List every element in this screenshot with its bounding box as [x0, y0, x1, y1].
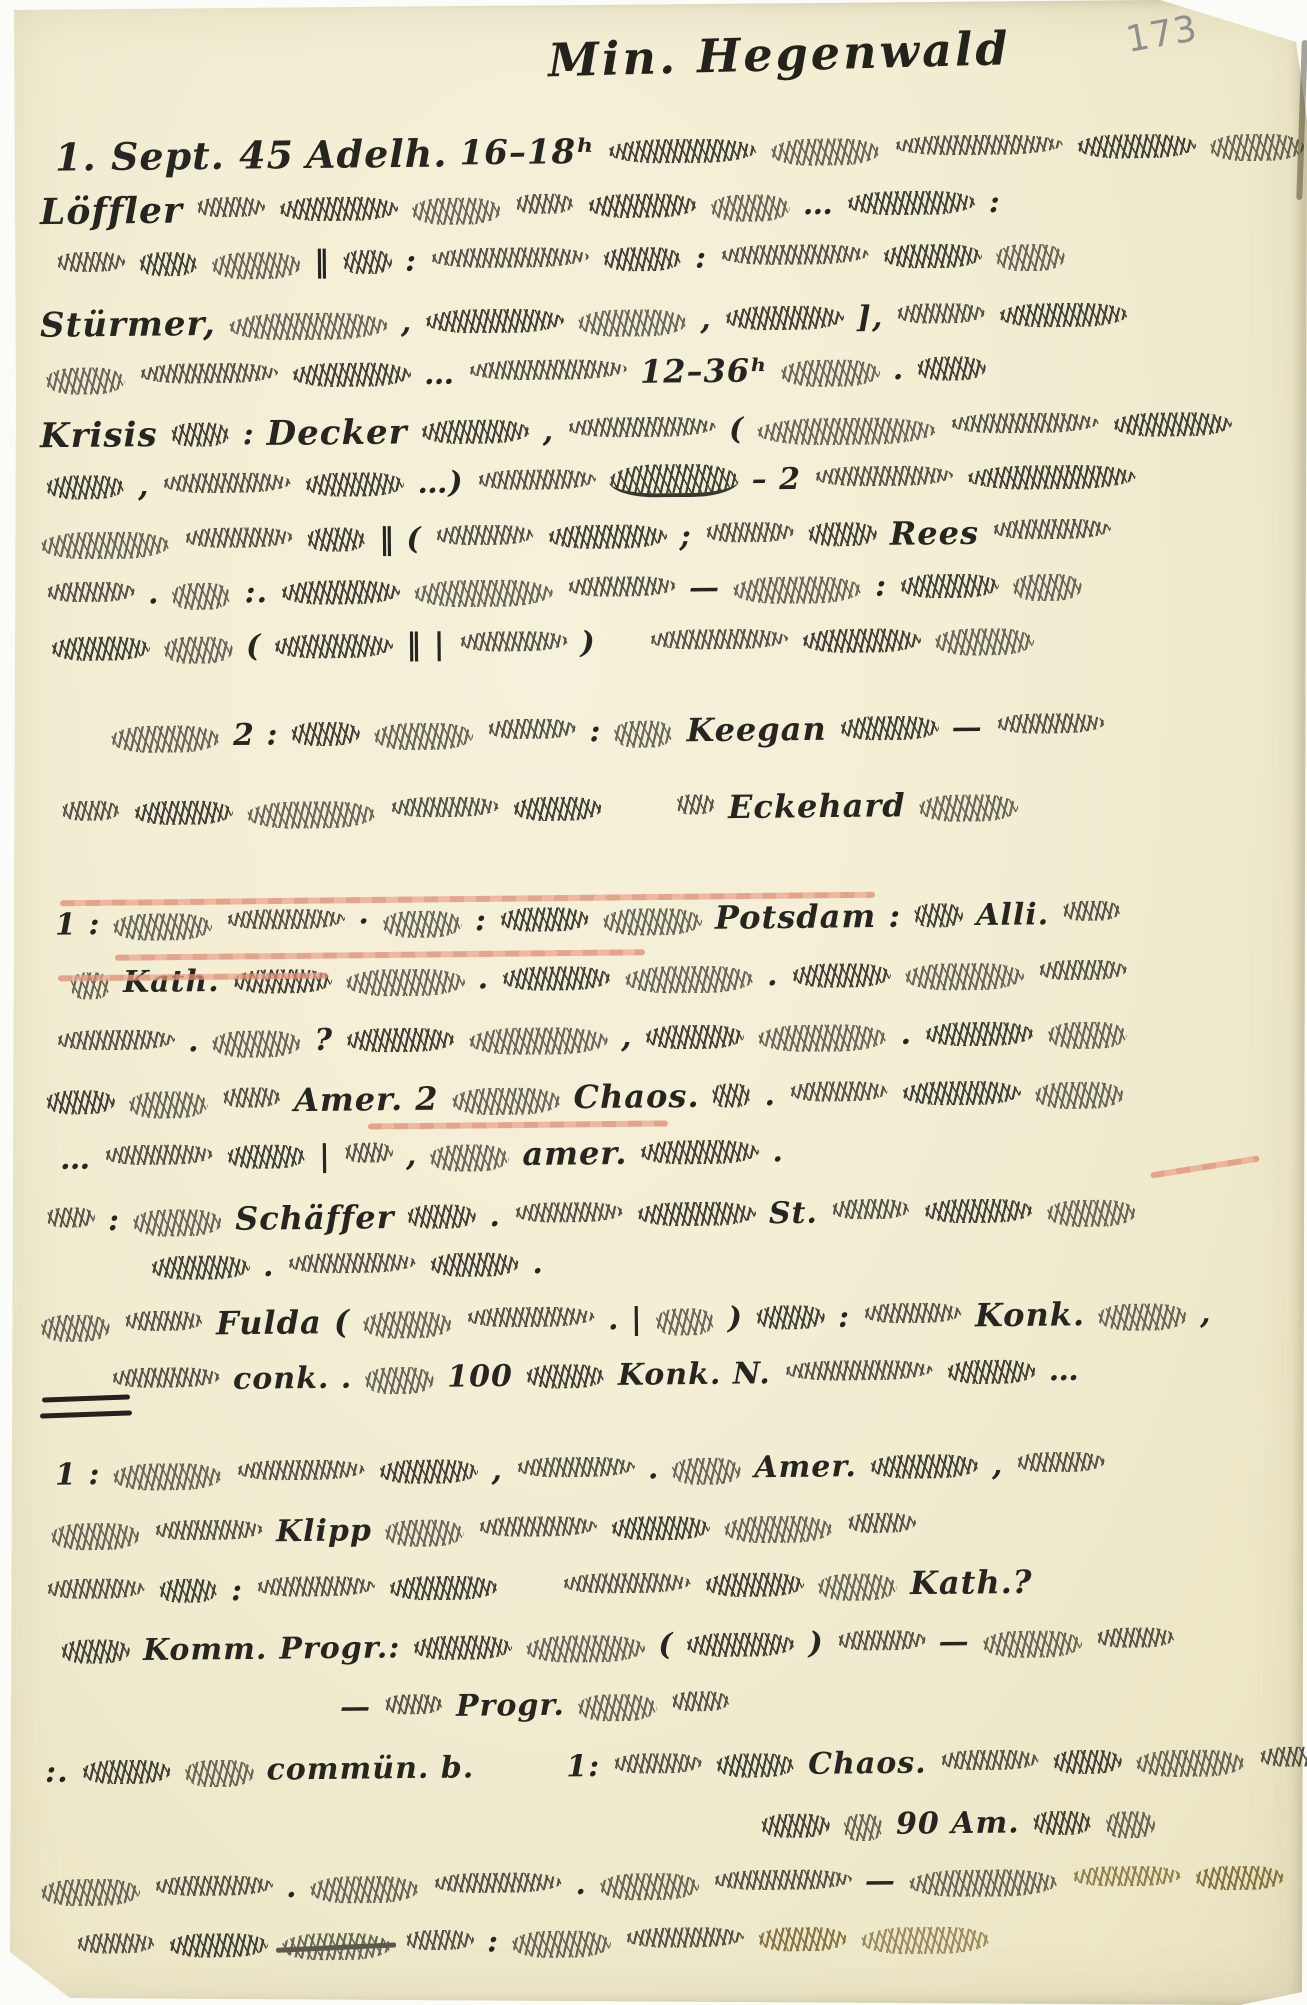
shorthand-scribble — [153, 1875, 273, 1896]
shorthand-scribble — [45, 367, 125, 395]
shorthand-scribble — [467, 359, 627, 381]
word-fragment: . — [286, 1870, 298, 1905]
shorthand-scribble — [514, 194, 574, 215]
word-fragment: : — [242, 417, 254, 452]
spacing-gap — [615, 808, 675, 809]
shorthand-scribble — [998, 302, 1128, 327]
shorthand-scribble — [982, 1630, 1082, 1658]
shorthand-scribble — [45, 1090, 115, 1115]
shorthand-scribble — [836, 1629, 926, 1650]
shorthand-scribble — [813, 465, 953, 486]
shorthand-scribble — [1097, 1303, 1187, 1331]
shorthand-scribble — [612, 1752, 702, 1773]
word-fragment: 1. Sept. 45 — [55, 132, 294, 180]
shorthand-scribble — [362, 1310, 452, 1338]
word-fragment: Progr. — [456, 1688, 565, 1724]
word-fragment: — — [938, 1624, 969, 1659]
shorthand-scribble — [608, 464, 738, 498]
shorthand-scribble — [670, 1691, 730, 1712]
word-fragment: …) — [417, 465, 464, 500]
shorthand-scribble — [624, 965, 754, 993]
shorthand-scribble — [566, 416, 716, 438]
shorthand-scribble — [939, 1749, 1039, 1770]
word-fragment: ‖ | — [406, 627, 446, 662]
shorthand-scribble — [843, 1814, 883, 1841]
shorthand-scribble — [235, 1459, 365, 1480]
shorthand-scribble — [704, 1572, 804, 1597]
shorthand-scribble — [923, 1198, 1033, 1223]
shorthand-scribble — [1209, 134, 1304, 162]
shorthand-scribble — [123, 1310, 203, 1331]
shorthand-scribble — [916, 356, 986, 381]
shorthand-scribble — [846, 1512, 916, 1533]
shorthand-scribble — [525, 1635, 645, 1663]
shorthand-scribble — [807, 522, 877, 547]
shorthand-scribble — [161, 472, 291, 493]
shorthand-scribble — [1047, 1021, 1127, 1049]
word-fragment: Decker — [266, 412, 407, 453]
shorthand-scribble — [183, 1760, 253, 1788]
shorthand-scribble — [306, 527, 366, 552]
manuscript-line: —Progr. — [340, 1686, 743, 1725]
shorthand-scribble — [171, 583, 231, 611]
word-fragment: : — [108, 1202, 120, 1237]
shorthand-scribble — [901, 1080, 1021, 1105]
word-fragment: — — [865, 1864, 896, 1899]
shorthand-scribble — [1036, 959, 1126, 980]
shorthand-scribble — [830, 1199, 910, 1220]
word-fragment: : — [838, 1299, 850, 1334]
shorthand-scribble — [345, 1027, 455, 1052]
shorthand-scribble — [817, 1573, 897, 1601]
shorthand-scribble — [995, 244, 1065, 272]
shorthand-scribble — [169, 422, 229, 447]
shorthand-scribble — [153, 1519, 263, 1540]
shorthand-scribble — [432, 1872, 562, 1893]
shorthand-scribble — [384, 1519, 464, 1547]
shorthand-scribble — [404, 1929, 474, 1950]
shorthand-scribble — [246, 800, 376, 828]
shorthand-scribble — [429, 246, 589, 268]
shorthand-scribble — [457, 630, 567, 651]
word-fragment: — — [340, 1690, 371, 1725]
word-fragment: 90 Am. — [896, 1805, 1020, 1841]
word-fragment: : — [589, 714, 601, 749]
shorthand-scribble — [383, 1694, 443, 1715]
word-fragment: , — [700, 301, 712, 336]
word-fragment: Konk. — [975, 1295, 1085, 1334]
word-fragment: : — [875, 569, 887, 604]
shorthand-scribble — [801, 628, 921, 653]
word-fragment: · — [358, 904, 370, 939]
word-fragment: Krisis — [40, 415, 158, 456]
shorthand-scribble — [671, 1457, 741, 1485]
word-fragment: . — [489, 1199, 501, 1234]
shorthand-scribble — [924, 1021, 1034, 1046]
shorthand-scribble — [183, 527, 293, 548]
shorthand-scribble — [757, 1024, 887, 1052]
word-fragment: ) — [728, 1300, 744, 1335]
word-fragment: Potsdam : — [715, 897, 902, 937]
word-fragment: … — [424, 356, 455, 391]
shorthand-scribble — [211, 1030, 301, 1058]
word-fragment: , — [1200, 1295, 1212, 1330]
shorthand-scribble — [760, 1813, 830, 1838]
word-fragment: Rees — [890, 514, 980, 553]
shorthand-scribble — [513, 1202, 623, 1223]
word-fragment: | — [319, 1139, 331, 1174]
shorthand-scribble — [602, 907, 702, 935]
shorthand-scribble — [138, 251, 198, 276]
shorthand-scribble — [226, 1144, 306, 1169]
word-fragment: … — [1048, 1353, 1079, 1388]
shorthand-scribble — [138, 363, 278, 384]
shorthand-scribble — [966, 464, 1136, 490]
shorthand-scribble — [644, 1024, 744, 1049]
word-fragment: Alli. — [976, 897, 1049, 933]
shorthand-scribble — [45, 1578, 145, 1599]
shorthand-scribble — [934, 628, 1034, 656]
word-fragment: Adelh. — [306, 130, 448, 176]
shorthand-scribble — [112, 1463, 222, 1491]
shorthand-scribble — [40, 1314, 110, 1342]
shorthand-scribble — [1052, 1749, 1122, 1774]
word-fragment: . — [764, 1078, 776, 1113]
shorthand-scribble — [373, 722, 473, 750]
shorthand-scribble — [525, 1363, 605, 1388]
word-fragment: :. — [45, 1755, 69, 1790]
word-fragment: . — [767, 958, 779, 993]
shorthand-scribble — [50, 636, 150, 661]
shorthand-scribble — [566, 575, 676, 596]
shorthand-scribble — [704, 522, 794, 543]
shorthand-scribble — [712, 1869, 852, 1890]
shorthand-scribble — [388, 1575, 498, 1600]
shorthand-scribble — [719, 243, 869, 265]
shorthand-scribble — [45, 581, 135, 602]
shorthand-scribble — [110, 725, 220, 753]
word-fragment: , — [406, 1138, 418, 1173]
shorthand-scribble — [378, 1459, 478, 1484]
shorthand-scribble — [561, 1572, 691, 1593]
word-fragment: ‖ ( — [379, 521, 422, 556]
word-fragment: … — [60, 1141, 91, 1176]
word-fragment: , — [621, 1020, 633, 1055]
shorthand-scribble — [309, 1876, 419, 1904]
shorthand-scribble — [163, 636, 233, 664]
shorthand-scribble — [995, 713, 1105, 734]
shorthand-scribble — [624, 1926, 744, 1947]
word-fragment: Progr.: — [279, 1630, 400, 1666]
word-fragment: ) — [580, 626, 596, 661]
shorthand-scribble — [648, 628, 788, 649]
shorthand-scribble — [291, 362, 411, 387]
word-fragment: : — [989, 185, 1001, 220]
word-fragment: – 2 — [751, 462, 801, 498]
word-fragment: , — [992, 1448, 1004, 1483]
word-fragment: : — [405, 244, 417, 279]
shorthand-scribble — [342, 249, 392, 274]
shorthand-scribble — [602, 246, 682, 271]
shorthand-scribble — [639, 1140, 759, 1165]
shorthand-scribble — [60, 1639, 130, 1664]
shorthand-scribble — [780, 359, 880, 387]
shorthand-scribble — [1032, 1810, 1092, 1835]
shorthand-scribble — [1135, 1749, 1245, 1777]
shorthand-scribble — [168, 1932, 268, 1957]
shorthand-scribble — [110, 1366, 220, 1387]
shorthand-scribble — [80, 1759, 170, 1784]
word-fragment: Chaos. — [808, 1746, 927, 1782]
shorthand-scribble — [286, 1252, 416, 1273]
word-fragment: Löffler — [40, 190, 183, 233]
shorthand-scribble — [273, 633, 393, 658]
shorthand-scribble — [45, 1207, 95, 1228]
shorthand-scribble — [158, 1578, 218, 1603]
word-fragment: ) — [808, 1626, 824, 1661]
word-fragment: ( — [729, 411, 745, 446]
word-fragment: . | — [608, 1301, 643, 1336]
shorthand-scribble — [477, 1515, 597, 1536]
shorthand-scribble — [280, 579, 400, 604]
shorthand-scribble — [913, 903, 963, 928]
word-fragment: Konk. N. — [618, 1356, 771, 1393]
manuscript-line: .. — [150, 1246, 556, 1285]
manuscript-line: …|,amer.. — [60, 1132, 796, 1178]
word-fragment: . — [648, 1451, 660, 1486]
shorthand-scribble — [412, 1635, 512, 1660]
shorthand-scribble — [715, 1752, 795, 1777]
word-fragment: . — [148, 576, 160, 611]
shorthand-scribble — [547, 524, 667, 549]
word-fragment: Keegan — [686, 710, 827, 749]
shorthand-scribble — [434, 525, 534, 546]
shorthand-scribble — [839, 716, 939, 741]
word-fragment: . — [893, 351, 905, 386]
word-fragment: 12–36ʰ — [640, 351, 768, 390]
shorthand-scribble — [724, 305, 844, 330]
word-fragment: ( — [246, 629, 262, 664]
shorthand-scribble — [949, 412, 1099, 434]
shorthand-scribble — [755, 1305, 825, 1330]
shorthand-scribble — [918, 794, 1018, 822]
word-fragment: commün. b. — [266, 1750, 474, 1787]
shorthand-scribble — [419, 419, 529, 444]
word-fragment: . — [772, 1134, 784, 1169]
word-fragment: , — [401, 304, 413, 339]
word-fragment: ‖ — [314, 244, 330, 279]
shorthand-scribble — [1112, 412, 1232, 437]
shorthand-scribble — [55, 251, 125, 272]
word-fragment: , — [542, 413, 554, 448]
shorthand-scribble — [882, 243, 982, 268]
word-fragment: 16–18ʰ — [459, 131, 595, 172]
word-fragment: ? — [314, 1023, 333, 1058]
word-fragment: Amer. — [754, 1449, 857, 1485]
shorthand-scribble — [1015, 1451, 1105, 1472]
shorthand-scribble — [343, 1142, 393, 1163]
word-fragment: , — [138, 469, 150, 504]
shorthand-scribble — [577, 1694, 657, 1722]
word-fragment: Amer. 2 — [294, 1080, 439, 1120]
shorthand-scribble — [281, 1933, 391, 1961]
shorthand-scribble — [1105, 1811, 1155, 1839]
shorthand-scribble — [613, 720, 673, 748]
shorthand-scribble — [1194, 1865, 1284, 1890]
shorthand-scribble — [899, 573, 999, 598]
shorthand-scribble — [429, 1252, 519, 1277]
word-fragment: : — [231, 1573, 243, 1608]
word-fragment: , — [491, 1453, 503, 1488]
shorthand-scribble — [1076, 133, 1196, 158]
shorthand-scribble — [788, 1081, 888, 1102]
shorthand-scribble — [45, 474, 125, 499]
shorthand-scribble — [511, 1930, 611, 1958]
word-fragment: : — [487, 1924, 499, 1959]
shorthand-scribble — [389, 796, 499, 817]
shorthand-scribble — [685, 1632, 795, 1657]
word-fragment: 100 — [447, 1359, 513, 1395]
shorthand-scribble — [1071, 1865, 1181, 1886]
shorthand-scribble — [723, 1515, 833, 1543]
shorthand-scribble — [75, 1933, 155, 1954]
word-fragment: Schäffer — [235, 1198, 395, 1238]
shorthand-scribble — [133, 800, 233, 825]
spacing-gap — [511, 1587, 561, 1588]
shorthand-scribble — [756, 416, 936, 445]
shorthand-scribble — [846, 190, 976, 215]
shorthand-scribble — [908, 1869, 1058, 1898]
shorthand-scribble — [40, 531, 170, 559]
shorthand-scribble — [636, 1201, 756, 1226]
shorthand-scribble — [710, 194, 790, 222]
shorthand-scribble — [128, 1091, 208, 1119]
word-fragment: Klipp — [276, 1513, 372, 1549]
word-fragment: 1 : — [55, 1457, 101, 1492]
word-fragment: . — [575, 1867, 587, 1902]
word-fragment: — — [689, 570, 720, 605]
shorthand-scribble — [869, 1453, 979, 1478]
shorthand-scribble — [103, 1144, 213, 1165]
word-fragment: . — [263, 1249, 275, 1284]
shorthand-scribble — [450, 1087, 560, 1115]
shorthand-scribble — [895, 303, 985, 324]
shorthand-scribble — [1061, 900, 1121, 921]
shorthand-scribble — [991, 518, 1111, 539]
shorthand-scribble — [60, 800, 120, 821]
shorthand-scribble — [112, 913, 212, 941]
shorthand-scribble — [132, 1208, 222, 1236]
word-fragment: Komm. — [143, 1632, 268, 1668]
word-fragment: amer. — [522, 1134, 627, 1173]
shorthand-scribble — [278, 196, 398, 221]
word-fragment: Eckehard — [728, 786, 906, 826]
shorthand-scribble — [860, 1926, 990, 1954]
word-fragment: . — [188, 1024, 200, 1059]
shorthand-scribble — [345, 968, 465, 996]
word-fragment: . — [900, 1017, 912, 1052]
word-fragment: ( — [658, 1627, 674, 1662]
word-fragment: 1: — [566, 1749, 600, 1784]
shorthand-scribble — [50, 1523, 140, 1551]
shorthand-scribble — [610, 1515, 710, 1540]
shorthand-scribble — [893, 134, 1063, 156]
shorthand-scribble — [255, 1576, 375, 1597]
shorthand-scribble — [783, 1359, 933, 1381]
shorthand-scribble — [413, 579, 553, 607]
word-fragment: . — [532, 1246, 544, 1281]
word-fragment: St. — [769, 1195, 818, 1231]
shorthand-scribble — [790, 963, 890, 988]
shorthand-scribble — [903, 963, 1023, 991]
shorthand-scribble — [424, 308, 564, 333]
shorthand-scribble — [211, 252, 301, 280]
shorthand-scribble — [732, 576, 862, 604]
shorthand-scribble — [675, 794, 715, 814]
shorthand-scribble — [1034, 1081, 1124, 1109]
shorthand-scribble — [770, 138, 880, 166]
shorthand-scribble — [225, 909, 345, 930]
shorthand-scribble — [655, 1308, 715, 1336]
shorthand-scribble — [757, 1926, 847, 1951]
shorthand-scribble — [429, 1144, 509, 1172]
shorthand-scribble — [862, 1303, 962, 1324]
shorthand-scribble — [221, 1087, 281, 1108]
shorthand-scribble — [40, 1879, 140, 1907]
word-fragment: 2 : — [233, 717, 279, 752]
shorthand-scribble — [195, 197, 265, 218]
manuscript-line: 90 Am. — [760, 1804, 1168, 1843]
shorthand-scribble — [515, 1456, 635, 1477]
shorthand-scribble — [406, 1204, 476, 1229]
shorthand-scribble — [501, 965, 611, 990]
word-fragment: Fulda ( — [216, 1303, 350, 1342]
word-fragment: 1 : — [55, 907, 101, 942]
shorthand-scribble — [364, 1367, 434, 1395]
word-fragment: — — [951, 710, 982, 745]
shorthand-scribble — [607, 138, 757, 164]
shorthand-scribble — [1012, 574, 1082, 602]
shorthand-scribble — [411, 197, 501, 225]
word-fragment: : — [475, 903, 487, 938]
shorthand-scribble — [228, 312, 388, 341]
shorthand-scribble — [577, 308, 687, 336]
shorthand-scribble — [465, 1306, 595, 1327]
shorthand-scribble — [382, 910, 462, 938]
shorthand-scribble — [1258, 1746, 1307, 1767]
shorthand-scribble — [711, 1083, 751, 1107]
shorthand-scribble — [476, 469, 596, 490]
word-fragment: … — [803, 186, 834, 221]
shorthand-scribble — [587, 193, 697, 218]
word-fragment: conk. . — [233, 1361, 353, 1397]
word-fragment: Stürmer, — [40, 304, 216, 346]
shorthand-scribble — [599, 1873, 699, 1901]
spacing-gap — [486, 1767, 566, 1768]
shorthand-scribble — [499, 907, 589, 932]
shorthand-scribble — [946, 1359, 1036, 1384]
shorthand-scribble — [290, 722, 360, 747]
word-fragment: : — [695, 241, 707, 276]
shorthand-scribble — [512, 796, 602, 821]
shorthand-scribble — [150, 1255, 250, 1280]
shorthand-scribble — [486, 718, 576, 739]
shorthand-scribble — [304, 472, 404, 497]
shorthand-scribble — [468, 1027, 608, 1055]
word-fragment: Kath. — [123, 964, 220, 1000]
shorthand-scribble — [1046, 1199, 1136, 1227]
word-fragment: :. — [244, 575, 268, 610]
